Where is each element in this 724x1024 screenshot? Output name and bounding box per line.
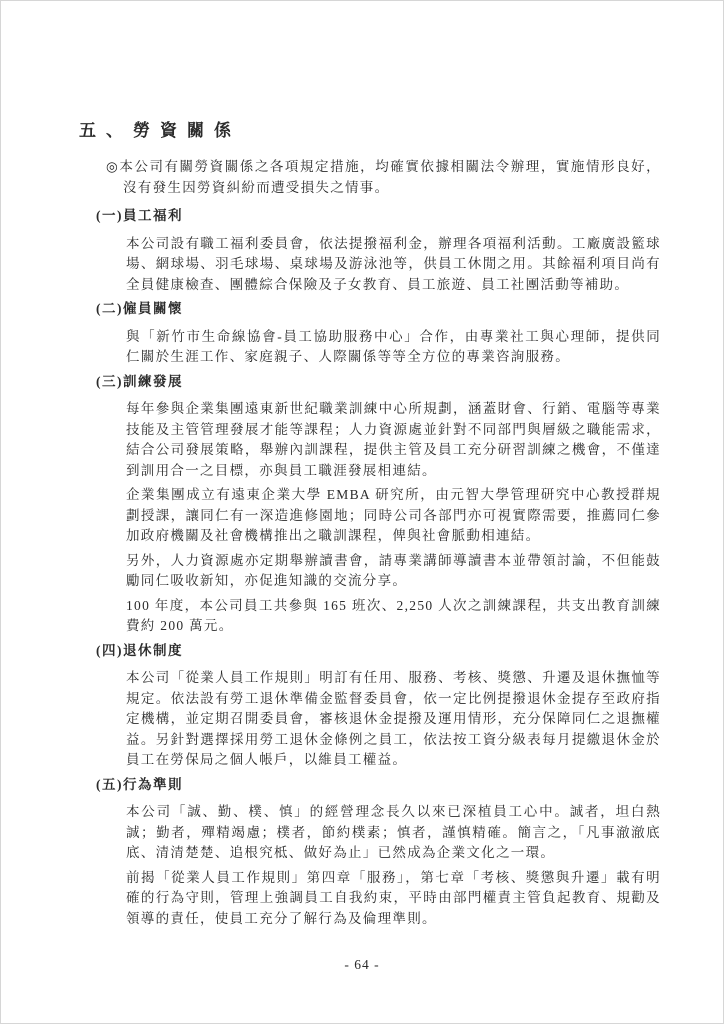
intro-paragraph: ◎本公司有關勞資關係之各項規定措施，均確實依據相關法令辦理，實施情形良好，沒有發… — [123, 157, 661, 198]
section-title: (五)行為準則 — [96, 775, 661, 796]
section-title: (四)退休制度 — [96, 641, 661, 662]
section-paragraph: 前揭「從業人員工作規則」第四章「服務」，第七章「考核、獎懲與升遷」載有明確的行為… — [126, 868, 661, 930]
section-paragraph: 企業集團成立有遠東企業大學 EMBA 研究所，由元智大學管理研究中心教授群規劃授… — [126, 485, 661, 547]
section-paragraph: 與「新竹市生命線協會-員工協助服務中心」合作，由專業社工與心理師，提供同仁關於生… — [126, 327, 661, 368]
document-section: (一)員工福利 本公司設有職工福利委員會，依法提撥福利金，辦理各項福利活動。工廠… — [79, 206, 661, 295]
page-title: 五、勞資關係 — [79, 121, 661, 140]
section-body: 本公司「誠、勤、樸、慎」的經營理念長久以來已深植員工心中。誠者，坦白熱誠；勤者，… — [79, 802, 661, 929]
section-title: (二)僱員關懷 — [96, 299, 661, 320]
sections: (一)員工福利 本公司設有職工福利委員會，依法提撥福利金，辦理各項福利活動。工廠… — [79, 206, 661, 929]
document-content: 五、勞資關係 ◎本公司有關勞資關係之各項規定措施，均確實依據相關法令辦理，實施情… — [79, 121, 661, 933]
document-section: (五)行為準則 本公司「誠、勤、樸、慎」的經營理念長久以來已深植員工心中。誠者，… — [79, 775, 661, 930]
section-title: (一)員工福利 — [96, 206, 661, 227]
section-paragraph: 本公司「從業人員工作規則」明訂有任用、服務、考核、獎懲、升遷及退休撫恤等規定。依… — [126, 668, 661, 771]
document-section: (三)訓練發展 每年參與企業集團遠東新世紀職業訓練中心所規劃，涵蓋財會、行銷、電… — [79, 372, 661, 637]
section-paragraph: 100 年度，本公司員工共參與 165 班次、2,250 人次之訓練課程，共支出… — [126, 596, 661, 637]
section-paragraph: 每年參與企業集團遠東新世紀職業訓練中心所規劃，涵蓋財會、行銷、電腦等專業技能及主… — [126, 399, 661, 481]
section-body: 每年參與企業集團遠東新世紀職業訓練中心所規劃，涵蓋財會、行銷、電腦等專業技能及主… — [79, 399, 661, 637]
section-body: 本公司設有職工福利委員會，依法提撥福利金，辦理各項福利活動。工廠廣設籃球場、網球… — [79, 234, 661, 296]
document-section: (四)退休制度 本公司「從業人員工作規則」明訂有任用、服務、考核、獎懲、升遷及退… — [79, 641, 661, 771]
page-number: - 64 - — [1, 957, 723, 973]
section-title: (三)訓練發展 — [96, 372, 661, 393]
section-body: 與「新竹市生命線協會-員工協助服務中心」合作，由專業社工與心理師，提供同仁關於生… — [79, 327, 661, 368]
document-section: (二)僱員關懷 與「新竹市生命線協會-員工協助服務中心」合作，由專業社工與心理師… — [79, 299, 661, 368]
section-body: 本公司「從業人員工作規則」明訂有任用、服務、考核、獎懲、升遷及退休撫恤等規定。依… — [79, 668, 661, 771]
document-page: 五、勞資關係 ◎本公司有關勞資關係之各項規定措施，均確實依據相關法令辦理，實施情… — [0, 0, 724, 1024]
intro-bullet: ◎ — [106, 159, 119, 174]
section-paragraph: 本公司設有職工福利委員會，依法提撥福利金，辦理各項福利活動。工廠廣設籃球場、網球… — [126, 234, 661, 296]
section-paragraph: 另外，人力資源處亦定期舉辦讀書會，請專業講師導讀書本並帶領討論，不但能鼓勵同仁吸… — [126, 551, 661, 592]
section-paragraph: 本公司「誠、勤、樸、慎」的經營理念長久以來已深植員工心中。誠者，坦白熱誠；勤者，… — [126, 802, 661, 864]
intro-text: 本公司有關勞資關係之各項規定措施，均確實依據相關法令辦理，實施情形良好，沒有發生… — [119, 159, 661, 195]
